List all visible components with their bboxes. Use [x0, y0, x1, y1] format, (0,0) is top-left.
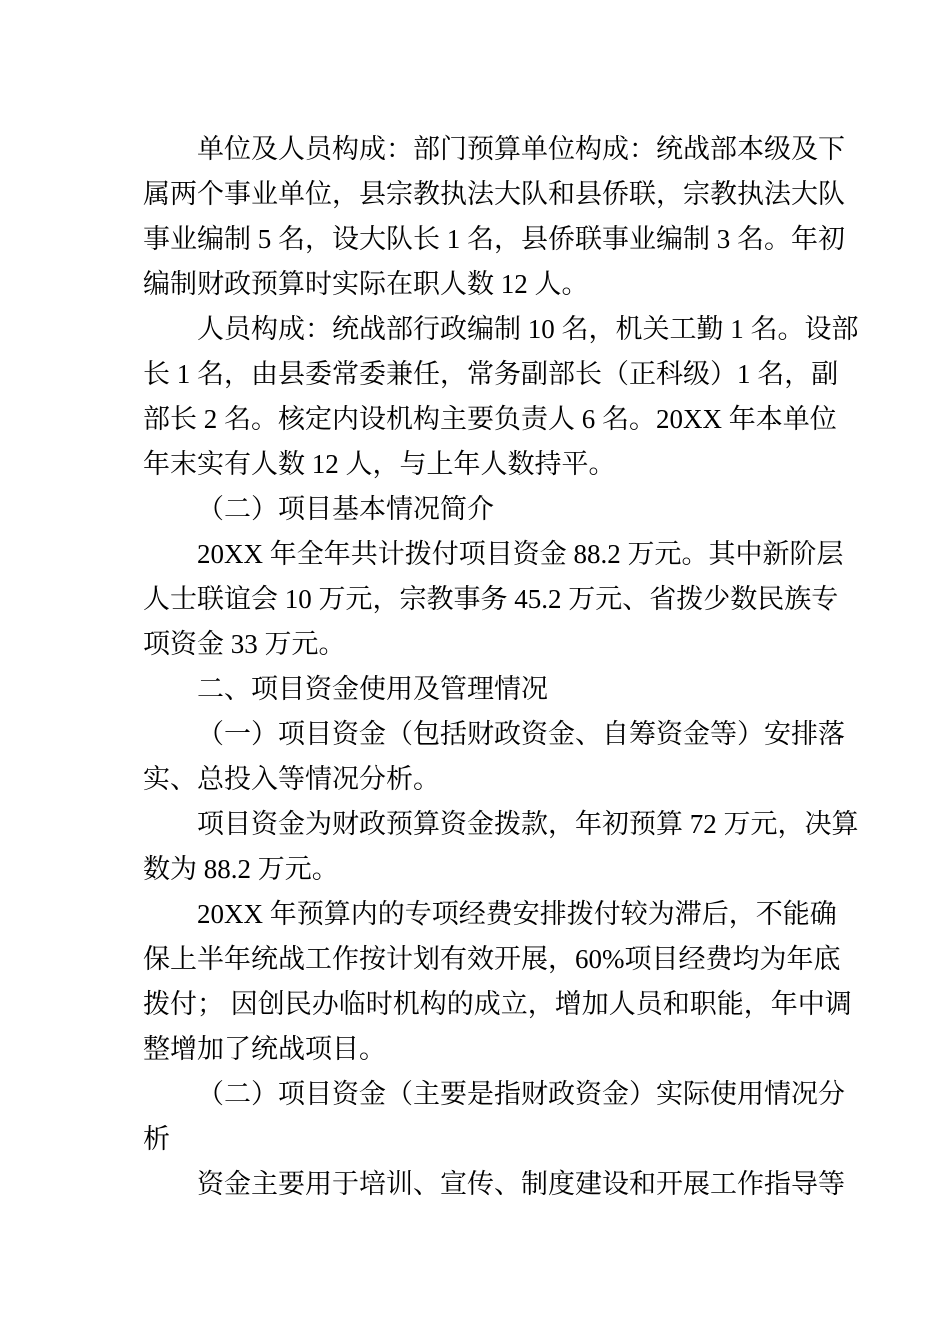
text-line: 编制财政预算时实际在职人数 12 人。 [143, 262, 858, 307]
text-line: 人士联谊会 10 万元，宗教事务 45.2 万元、省拨少数民族专 [143, 577, 858, 622]
text-line: 项目资金为财政预算资金拨款，年初预算 72 万元，决算 [143, 802, 858, 847]
text-line: 年末实有人数 12 人，与上年人数持平。 [143, 442, 858, 487]
text-line: 二、项目资金使用及管理情况 [143, 667, 858, 712]
text-line: 人员构成：统战部行政编制 10 名，机关工勤 1 名。设部 [143, 307, 858, 352]
text-line: 拨付； 因创民办临时机构的成立，增加人员和职能，年中调 [143, 982, 858, 1027]
text-line: 整增加了统战项目。 [143, 1027, 858, 1072]
text-line: 保上半年统战工作按计划有效开展，60%项目经费均为年底 [143, 937, 858, 982]
text-line: 单位及人员构成：部门预算单位构成：统战部本级及下 [143, 127, 858, 172]
text-line: 析 [143, 1117, 858, 1162]
text-line: 事业编制 5 名，设大队长 1 名，县侨联事业编制 3 名。年初 [143, 217, 858, 262]
text-line: 实、总投入等情况分析。 [143, 757, 858, 802]
text-line: 资金主要用于培训、宣传、制度建设和开展工作指导等 [143, 1162, 858, 1207]
text-line: 项资金 33 万元。 [143, 622, 858, 667]
text-line: 长 1 名，由县委常委兼任，常务副部长（正科级）1 名，副 [143, 352, 858, 397]
text-line: 数为 88.2 万元。 [143, 847, 858, 892]
text-line: 20XX 年预算内的专项经费安排拨付较为滞后，不能确 [143, 892, 858, 937]
document-page: 单位及人员构成：部门预算单位构成：统战部本级及下属两个事业单位，县宗教执法大队和… [0, 0, 950, 1344]
text-block: 单位及人员构成：部门预算单位构成：统战部本级及下属两个事业单位，县宗教执法大队和… [143, 127, 858, 1207]
text-line: （一）项目资金（包括财政资金、自筹资金等）安排落 [143, 712, 858, 757]
text-line: 属两个事业单位，县宗教执法大队和县侨联，宗教执法大队 [143, 172, 858, 217]
text-line: 部长 2 名。核定内设机构主要负责人 6 名。20XX 年本单位 [143, 397, 858, 442]
text-line: 20XX 年全年共计拨付项目资金 88.2 万元。其中新阶层 [143, 532, 858, 577]
text-line: （二）项目资金（主要是指财政资金）实际使用情况分 [143, 1072, 858, 1117]
text-line: （二）项目基本情况简介 [143, 487, 858, 532]
